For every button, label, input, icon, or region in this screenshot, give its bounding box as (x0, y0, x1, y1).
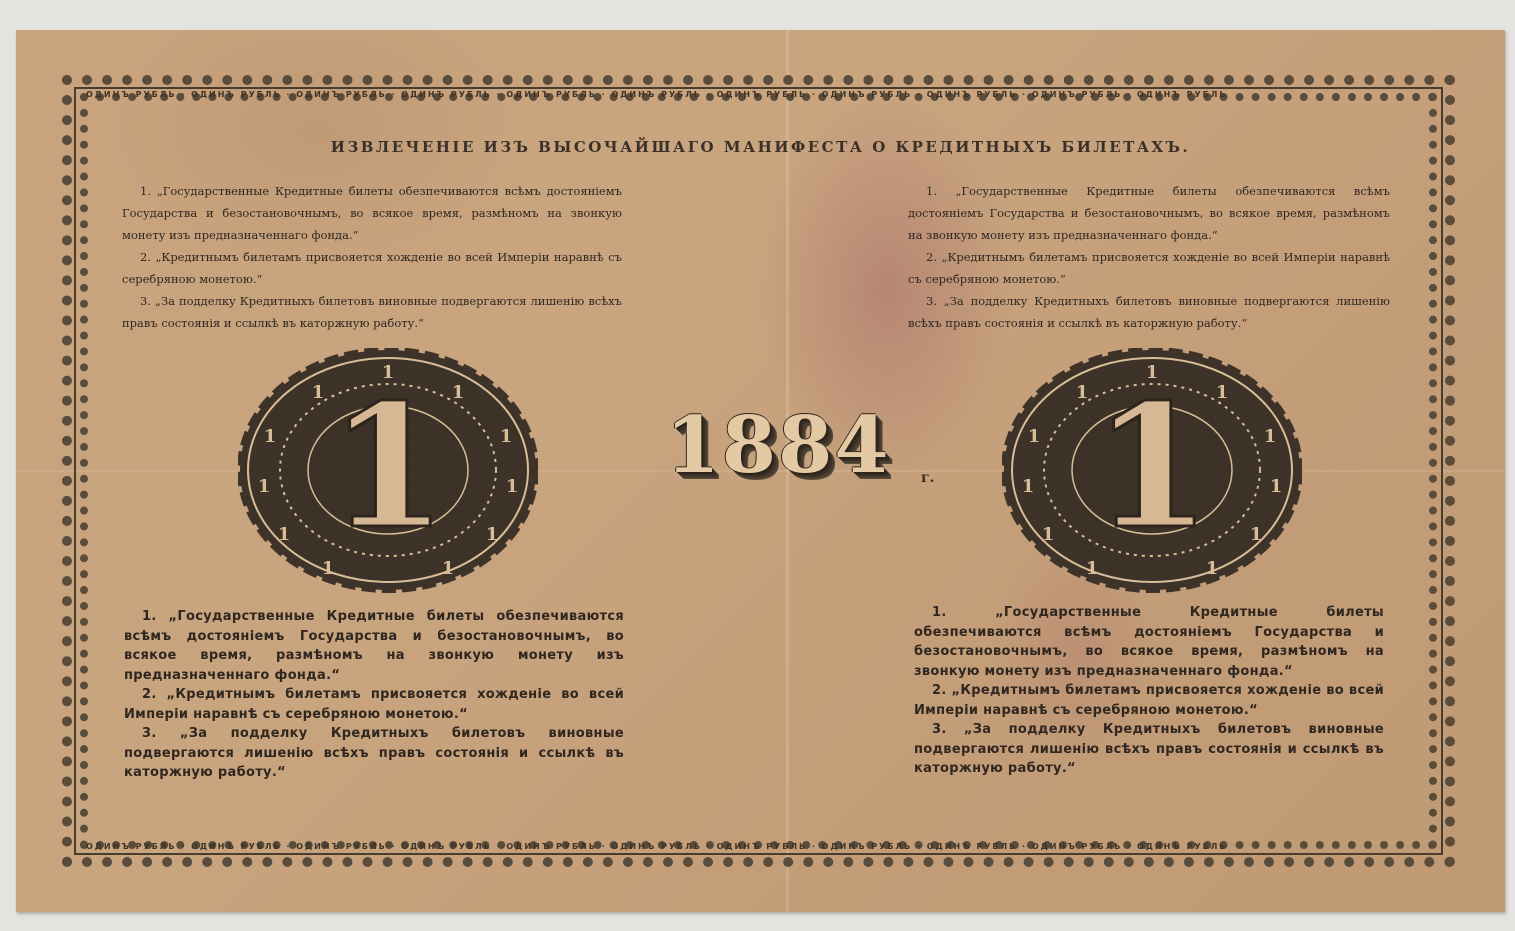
svg-text:1: 1 (1028, 426, 1041, 447)
svg-text:1: 1 (486, 524, 499, 545)
svg-text:1: 1 (312, 382, 325, 403)
svg-text:1: 1 (258, 476, 271, 497)
issue-year: 1884 (628, 400, 928, 500)
manifesto-title: ИЗВЛЕЧЕНІЕ ИЗЪ ВЫСОЧАЙШАГО МАНИФЕСТА О К… (16, 138, 1505, 156)
svg-text:1: 1 (1093, 367, 1211, 567)
svg-text:1: 1 (506, 476, 519, 497)
svg-text:1: 1 (264, 426, 277, 447)
text-block-bottom-left: 1. „Государственные Кредитные билеты обе… (124, 607, 624, 783)
svg-text:1: 1 (1076, 382, 1089, 403)
clause-3: 3. „За подделку Кредитныхъ билетовъ вино… (914, 720, 1384, 779)
rosette-icon: 1 1 1 1 1 1 1 1 1 1 1 1 (1002, 348, 1302, 593)
svg-text:1: 1 (1250, 524, 1263, 545)
svg-text:1: 1 (1022, 476, 1035, 497)
rosette-icon: 1 1 1 1 1 1 1 1 1 1 1 1 (238, 348, 538, 593)
svg-text:1: 1 (1270, 476, 1283, 497)
svg-text:1: 1 (1216, 382, 1229, 403)
clause-2: 2. „Кредитнымъ билетамъ присвояется хожд… (124, 685, 624, 724)
clause-1: 1. „Государственные Кредитные билеты обе… (914, 603, 1384, 681)
medallion-right-numeral-one: 1 1 1 1 1 1 1 1 1 1 1 1 (1002, 348, 1302, 593)
svg-text:1: 1 (452, 382, 465, 403)
issue-year-suffix: г. (921, 470, 934, 486)
medallion-left-numeral-one: 1 1 1 1 1 1 1 1 1 1 1 1 (238, 348, 538, 593)
svg-text:1: 1 (278, 524, 291, 545)
clause-2: 2. „Кредитнымъ билетамъ присвояется хожд… (122, 246, 622, 290)
text-block-top-right: 1. „Государственные Кредитные билеты обе… (908, 180, 1390, 334)
svg-text:1: 1 (329, 367, 447, 567)
clause-1: 1. „Государственные Кредитные билеты обе… (908, 180, 1390, 246)
clause-2: 2. „Кредитнымъ билетамъ присвояется хожд… (908, 246, 1390, 290)
text-block-top-left: 1. „Государственные Кредитные билеты обе… (122, 180, 622, 334)
clause-2: 2. „Кредитнымъ билетамъ присвояется хожд… (914, 681, 1384, 720)
border-denomination-text-bottom: ОДИНЪ РУБЛЬ · ОДИНЪ РУБЛЬ · ОДИНЪ РУБЛЬ … (86, 842, 1431, 852)
clause-3: 3. „За подделку Кредитныхъ билетовъ вино… (908, 290, 1390, 334)
clause-1: 1. „Государственные Кредитные билеты обе… (124, 607, 624, 685)
svg-text:1: 1 (1042, 524, 1055, 545)
text-block-bottom-right: 1. „Государственные Кредитные билеты обе… (914, 603, 1384, 779)
clause-3: 3. „За подделку Кредитныхъ билетовъ вино… (124, 724, 624, 783)
svg-text:1: 1 (500, 426, 513, 447)
svg-text:1: 1 (1264, 426, 1277, 447)
clause-3: 3. „За подделку Кредитныхъ билетовъ вино… (122, 290, 622, 334)
clause-1: 1. „Государственные Кредитные билеты обе… (122, 180, 622, 246)
border-denomination-text-top: ОДИНЪ РУБЛЬ · ОДИНЪ РУБЛЬ · ОДИНЪ РУБЛЬ … (86, 90, 1431, 100)
banknote: ОДИНЪ РУБЛЬ · ОДИНЪ РУБЛЬ · ОДИНЪ РУБЛЬ … (16, 30, 1505, 912)
